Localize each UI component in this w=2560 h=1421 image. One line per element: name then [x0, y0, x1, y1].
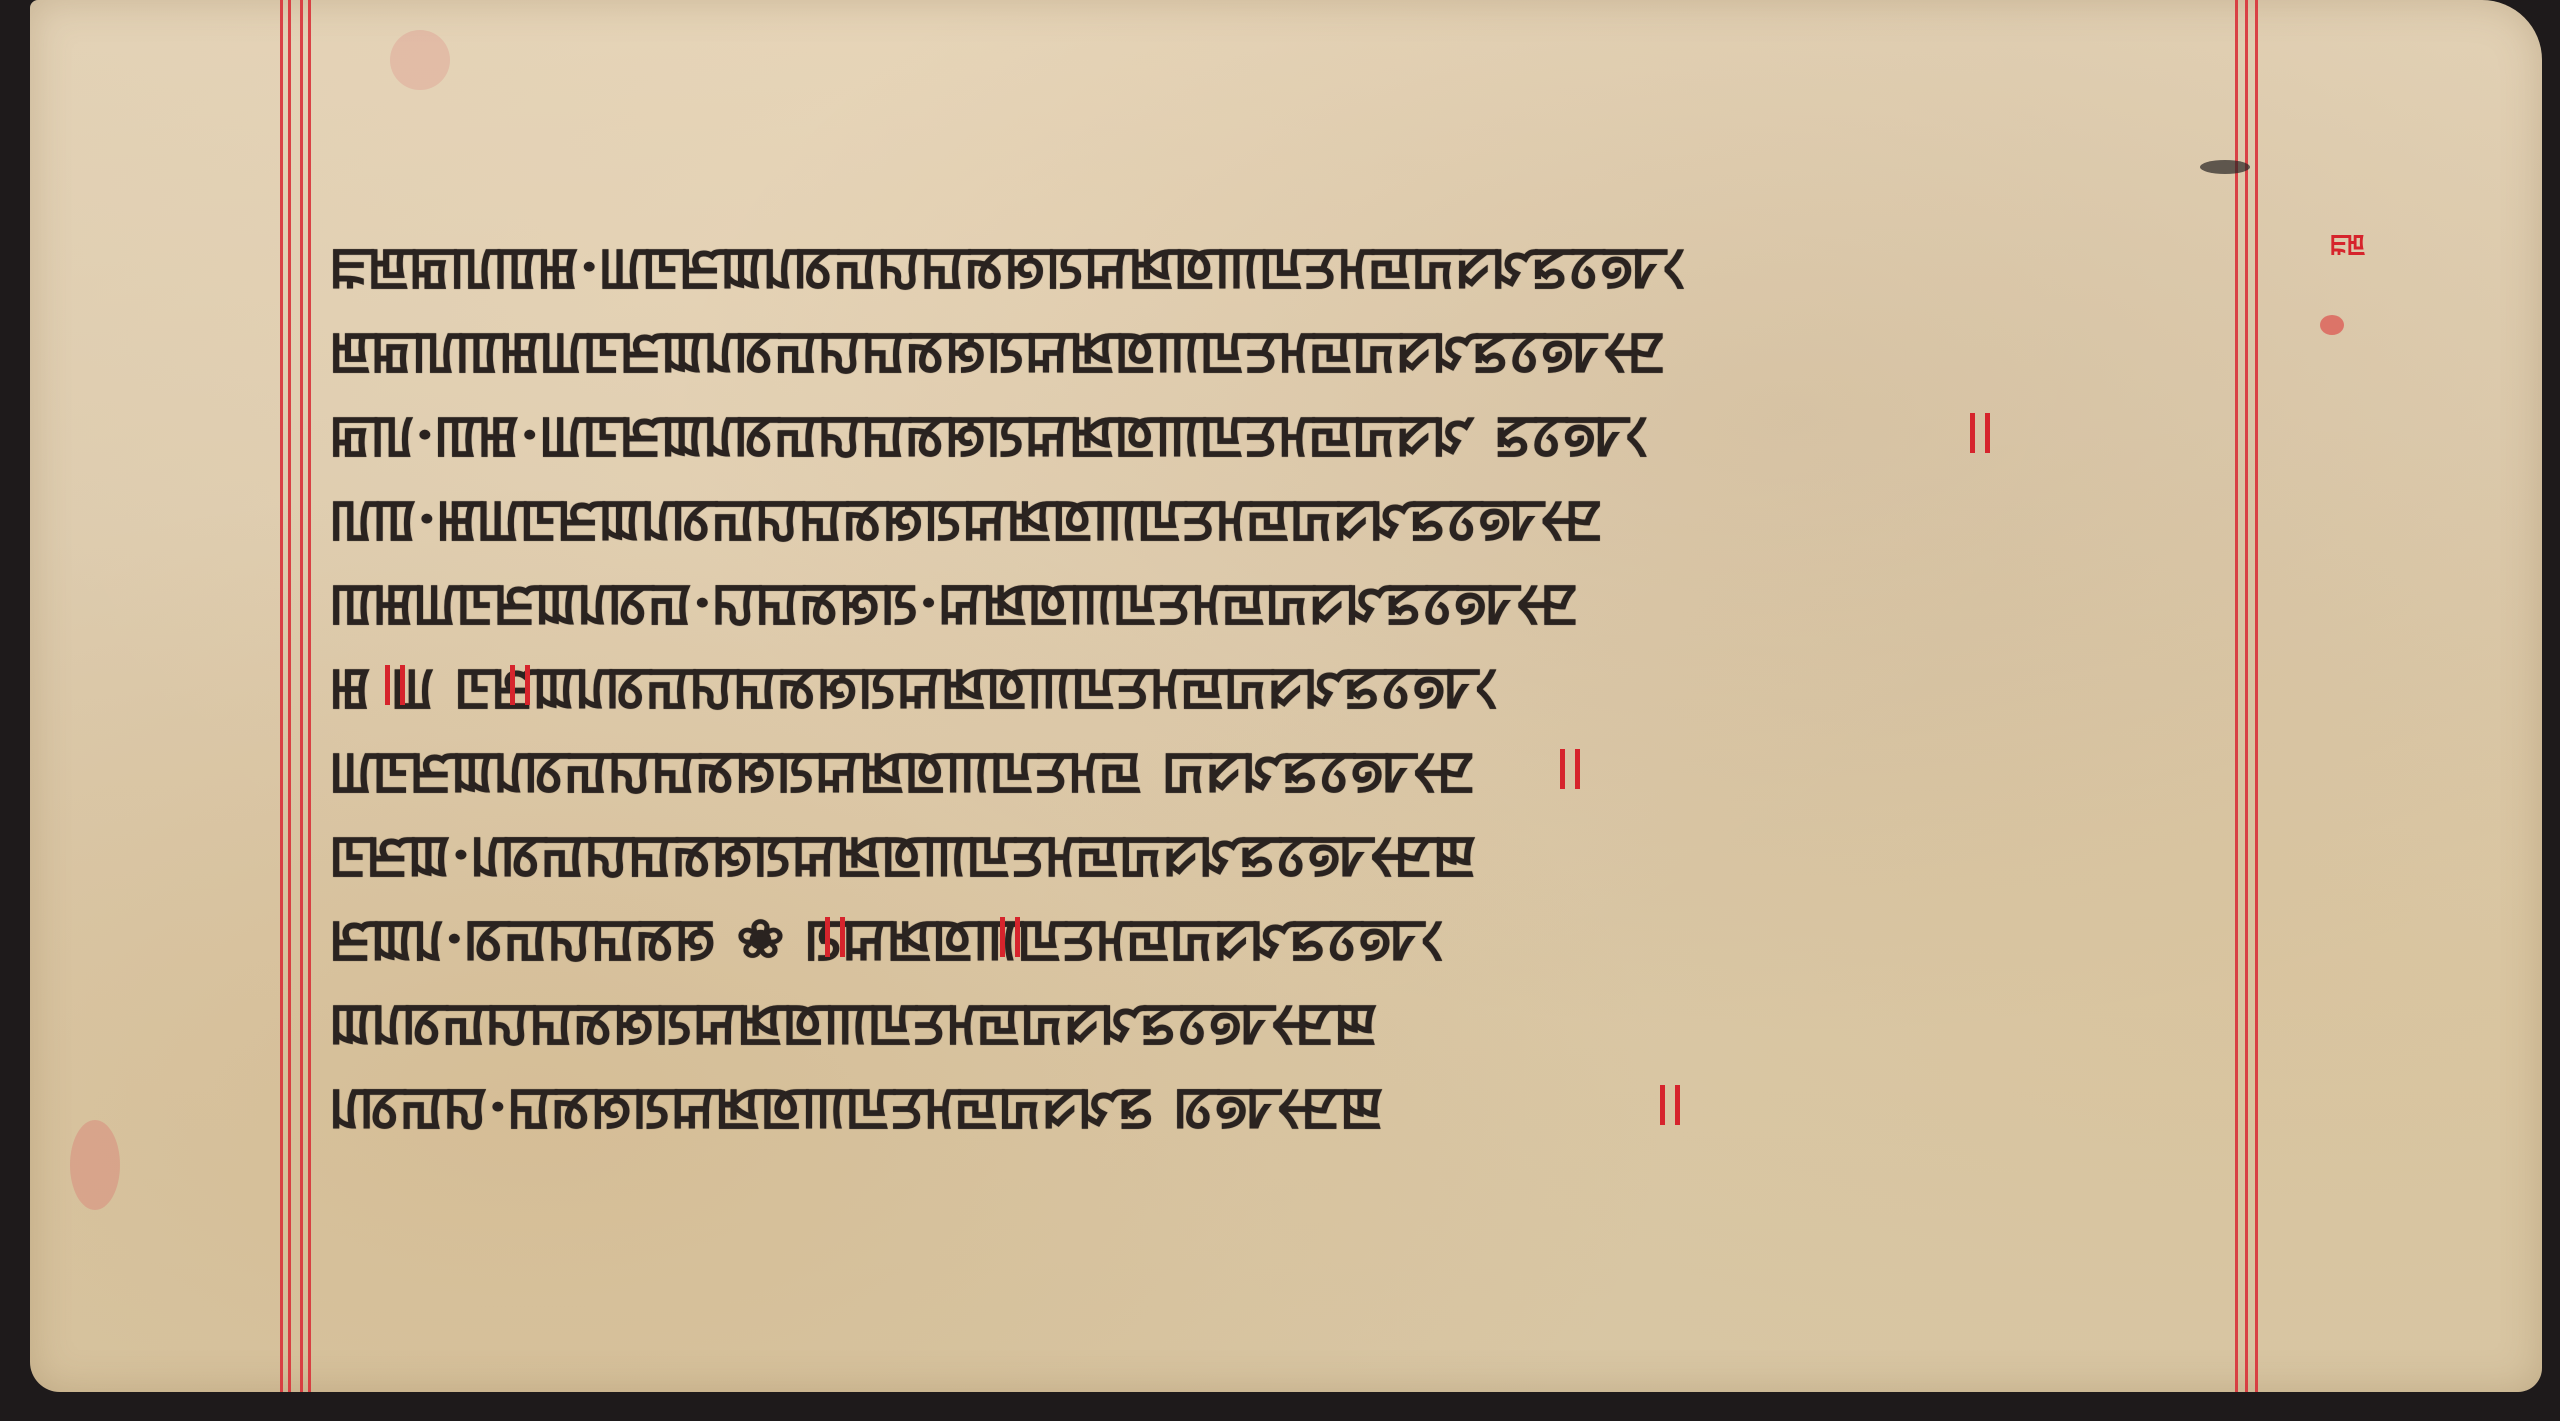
text-line-11: ꡊꡋꡌꡍ·ꡎꡏꡐꡑꡒꡓꡔꡕꡖꡗꡘꡙꡚꡛꡜꡝ ꡞꡟꡠꡡꡢꡣ [330, 1065, 2230, 1149]
red-stain [70, 1120, 120, 1210]
left-margin-rule [300, 0, 303, 1392]
text-line-4: ꡃꡄ·ꡅꡆꡇꡈꡉꡊꡋꡌꡍꡎꡏꡐꡑꡒꡓꡔꡕꡖꡗꡘꡙꡚꡛꡜꡝꡞꡟꡠꡡꡢ [330, 477, 2230, 561]
line-text: ꡃꡄ·ꡅꡆꡇꡈꡉꡊꡋꡌꡍꡎꡏꡐꡑꡒꡓꡔꡕꡖꡗꡘꡙꡚꡛꡜꡝꡞꡟꡠꡡꡢ [330, 481, 2230, 557]
text-line-9: ꡈꡉꡊ·ꡋꡌꡍꡎꡏꡐ ❀ ꡑꡒꡓꡔꡕꡖꡗꡘꡙꡚꡛꡜꡝꡞꡟꡠꡡ [330, 897, 2230, 981]
red-stain [2320, 315, 2344, 335]
left-margin-rule [280, 0, 283, 1392]
left-margin-rule [288, 0, 291, 1392]
line-text: ꡅ ꡆ ꡇꡈꡉꡊꡋꡌꡍꡎꡏꡐꡑꡒꡓꡔꡕꡖꡗꡘꡙꡚꡛꡜꡝꡞꡟꡠꡡ [330, 649, 2230, 725]
text-line-5: ꡄꡅꡆꡇꡈꡉꡊꡋꡌ·ꡍꡎꡏꡐꡑ·ꡒꡓꡔꡕꡖꡗꡘꡙꡚꡛꡜꡝꡞꡟꡠꡡꡢ [330, 561, 2230, 645]
red-double-danda [1660, 1085, 1680, 1125]
left-margin-rule [308, 0, 311, 1392]
text-line-8: ꡇꡈꡉ·ꡊꡋꡌꡍꡎꡏꡐꡑꡒꡓꡔꡕꡖꡗꡘꡙꡚꡛꡜꡝꡞꡟꡠꡡꡢꡣ [330, 813, 2230, 897]
text-line-1: ꡀꡁꡂꡃꡄꡅ·ꡆꡇꡈꡉꡊꡋꡌꡍꡎꡏꡐꡑꡒꡓꡔꡕꡖꡗꡘꡙꡚꡛꡜꡝꡞꡟꡠꡡ [330, 225, 2230, 309]
right-margin-rule [2245, 0, 2248, 1392]
line-text: ꡂꡃ·ꡄꡅ·ꡆꡇꡈꡉꡊꡋꡌꡍꡎꡏꡐꡑꡒꡓꡔꡕꡖꡗꡘꡙꡚꡛꡜ ꡝꡞꡟꡠꡡ [330, 397, 2230, 473]
text-line-7: ꡆꡇꡈꡉꡊꡋꡌꡍꡎꡏꡐꡑꡒꡓꡔꡕꡖꡗꡘꡙ ꡚꡛꡜꡝꡞꡟꡠꡡꡢ [330, 729, 2230, 813]
line-text: ꡈꡉꡊ·ꡋꡌꡍꡎꡏꡐ ❀ ꡑꡒꡓꡔꡕꡖꡗꡘꡙꡚꡛꡜꡝꡞꡟꡠꡡ [330, 901, 2230, 977]
text-line-2: ꡁꡂꡃꡄꡅꡆꡇꡈꡉꡊꡋꡌꡍꡎꡏꡐꡑꡒꡓꡔꡕꡖꡗꡘꡙꡚꡛꡜꡝꡞꡟꡠꡡꡢ [330, 309, 2230, 393]
right-margin-rule [2235, 0, 2238, 1392]
manuscript-folio: ꡀꡁ ꡀꡁꡂꡃꡄꡅ·ꡆꡇꡈꡉꡊꡋꡌꡍꡎꡏꡐꡑꡒꡓꡔꡕꡖꡗꡘꡙꡚꡛꡜꡝꡞꡟꡠꡡ ꡁ… [30, 0, 2542, 1392]
line-text: ꡇꡈꡉ·ꡊꡋꡌꡍꡎꡏꡐꡑꡒꡓꡔꡕꡖꡗꡘꡙꡚꡛꡜꡝꡞꡟꡠꡡꡢꡣ [330, 817, 2230, 893]
line-text: ꡆꡇꡈꡉꡊꡋꡌꡍꡎꡏꡐꡑꡒꡓꡔꡕꡖꡗꡘꡙ ꡚꡛꡜꡝꡞꡟꡠꡡꡢ [330, 733, 2230, 809]
line-text: ꡄꡅꡆꡇꡈꡉꡊꡋꡌ·ꡍꡎꡏꡐꡑ·ꡒꡓꡔꡕꡖꡗꡘꡙꡚꡛꡜꡝꡞꡟꡠꡡꡢ [330, 565, 2230, 641]
red-stain [390, 30, 450, 90]
line-text: ꡉꡊꡋꡌꡍꡎꡏꡐꡑꡒꡓꡔꡕꡖꡗꡘꡙꡚꡛꡜꡝꡞꡟꡠꡡꡢꡣ [330, 985, 2230, 1061]
dark-blot [2200, 160, 2250, 174]
margin-folio-mark: ꡀꡁ [2330, 225, 2366, 261]
red-double-danda [385, 665, 405, 705]
line-text: ꡊꡋꡌꡍ·ꡎꡏꡐꡑꡒꡓꡔꡕꡖꡗꡘꡙꡚꡛꡜꡝ ꡞꡟꡠꡡꡢꡣ [330, 1069, 2230, 1145]
line-text: ꡀꡁꡂꡃꡄꡅ·ꡆꡇꡈꡉꡊꡋꡌꡍꡎꡏꡐꡑꡒꡓꡔꡕꡖꡗꡘꡙꡚꡛꡜꡝꡞꡟꡠꡡ [330, 229, 2230, 305]
red-double-danda [1000, 917, 1020, 957]
red-double-danda [825, 917, 845, 957]
red-double-danda [1970, 413, 1990, 453]
right-margin-rule [2255, 0, 2258, 1392]
text-line-6: ꡅ ꡆ ꡇꡈꡉꡊꡋꡌꡍꡎꡏꡐꡑꡒꡓꡔꡕꡖꡗꡘꡙꡚꡛꡜꡝꡞꡟꡠꡡ [330, 645, 2230, 729]
text-line-10: ꡉꡊꡋꡌꡍꡎꡏꡐꡑꡒꡓꡔꡕꡖꡗꡘꡙꡚꡛꡜꡝꡞꡟꡠꡡꡢꡣ [330, 981, 2230, 1065]
manuscript-text-block: ꡀꡁꡂꡃꡄꡅ·ꡆꡇꡈꡉꡊꡋꡌꡍꡎꡏꡐꡑꡒꡓꡔꡕꡖꡗꡘꡙꡚꡛꡜꡝꡞꡟꡠꡡ ꡁꡂꡃꡄ… [330, 225, 2230, 1149]
text-line-3: ꡂꡃ·ꡄꡅ·ꡆꡇꡈꡉꡊꡋꡌꡍꡎꡏꡐꡑꡒꡓꡔꡕꡖꡗꡘꡙꡚꡛꡜ ꡝꡞꡟꡠꡡ [330, 393, 2230, 477]
line-text: ꡁꡂꡃꡄꡅꡆꡇꡈꡉꡊꡋꡌꡍꡎꡏꡐꡑꡒꡓꡔꡕꡖꡗꡘꡙꡚꡛꡜꡝꡞꡟꡠꡡꡢ [330, 313, 2230, 389]
red-double-danda [510, 665, 530, 705]
red-double-danda [1560, 749, 1580, 789]
